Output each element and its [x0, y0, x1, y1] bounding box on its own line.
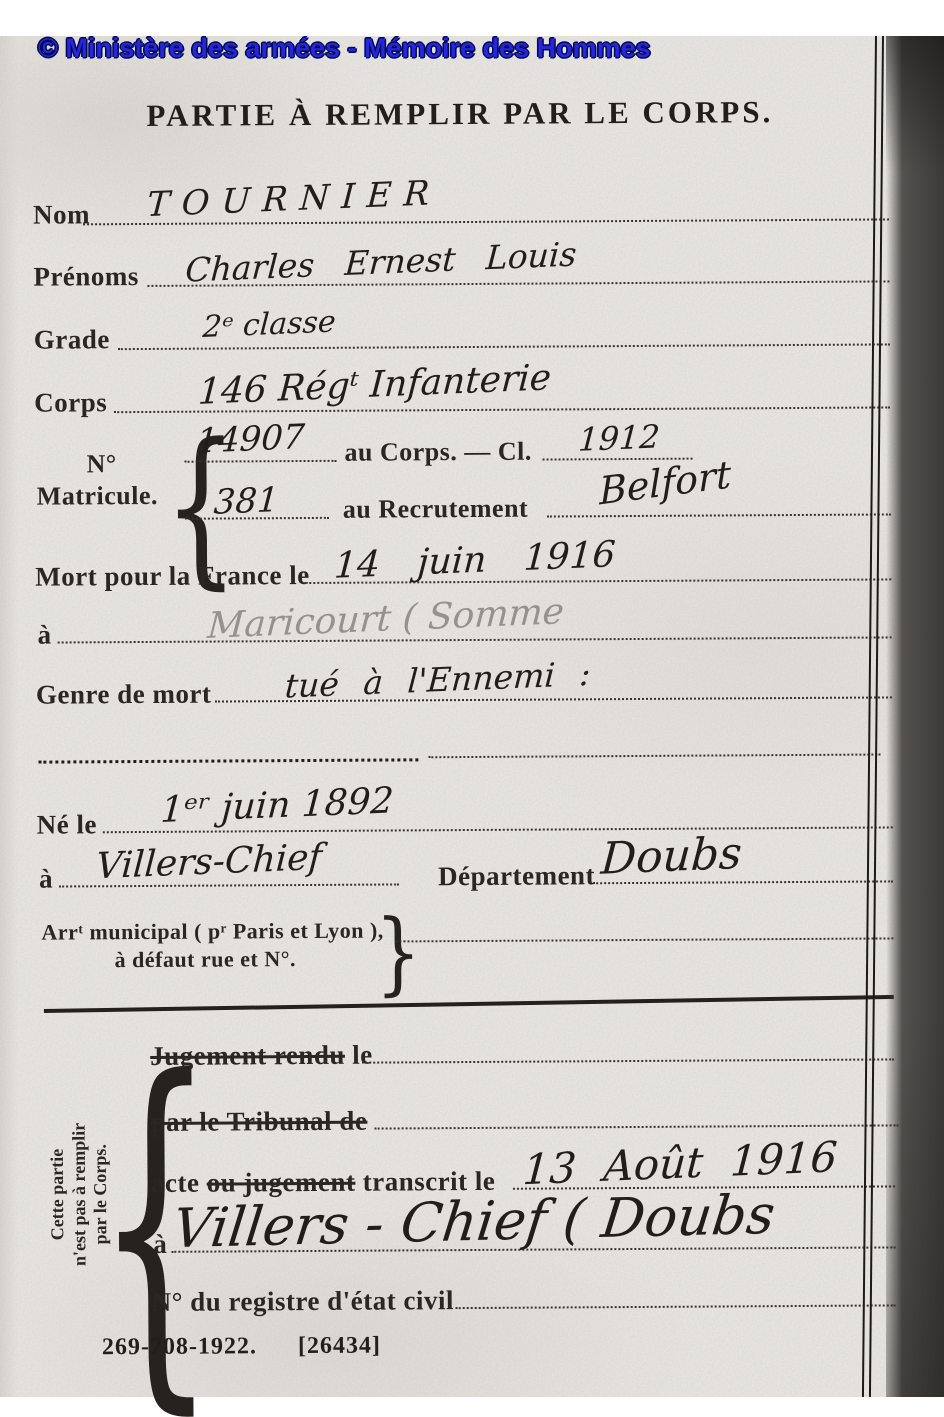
dotted-line: [456, 1304, 896, 1309]
field-label-prenoms: Prénoms: [33, 261, 139, 293]
dotted-line: [395, 937, 893, 942]
field-label-departement: Département: [438, 860, 595, 892]
label-au-recrutement: au Recrutement: [343, 494, 529, 525]
book-binding-shadow: [886, 36, 944, 1397]
dotted-line: [38, 758, 418, 763]
handwritten-nom: TOURNIER: [146, 173, 443, 225]
dotted-line: [362, 1058, 894, 1063]
side-note-line: n'est pas à remplir: [68, 1050, 91, 1338]
handwritten-lieu-recrutement: Belfort: [599, 452, 732, 513]
label-acte: acte: [151, 1168, 200, 1198]
field-label-registre-etat-civil: N° du registre d'état civil: [152, 1285, 454, 1318]
printer-imprint-code: 269-708-1922.: [102, 1333, 257, 1361]
handwritten-date-naissance: 1ᵉʳ juin 1892: [159, 780, 394, 831]
field-label-grade: Grade: [34, 324, 110, 355]
dotted-line: [547, 513, 891, 517]
label-au-corps-classe: au Corps. — Cl.: [344, 437, 532, 468]
handwritten-prenoms: Charles Ernest Louis: [184, 234, 577, 289]
field-label-arrondissement-line1: Arrᵗ municipal ( pʳ Paris et Lyon ),: [41, 918, 384, 946]
struck-text-jugement-rendu: Jugement rendu: [150, 1040, 345, 1071]
field-label-jugement: Jugement rendu le: [150, 1040, 373, 1072]
copyright-watermark: © Ministère des armées - Mémoire des Hom…: [38, 33, 651, 64]
handwritten-matricule-recrutement: 381: [213, 480, 280, 523]
side-note-line: Cette partie: [46, 1050, 69, 1338]
field-label-genre-de-mort: Genre de mort: [36, 679, 212, 711]
scanned-death-record-card: PARTIE À REMPLIR PAR LE CORPS. Nom TOURN…: [0, 0, 944, 1417]
field-label-a-deces: à: [38, 620, 52, 651]
field-label-nom: Nom: [33, 199, 90, 230]
field-label-corps: Corps: [34, 387, 107, 418]
handwritten-corps: 146 Régᵗ Infanterie: [197, 357, 552, 413]
handwritten-date-deces: 14 juin 1916: [333, 534, 617, 587]
field-label-ne-le: Né le: [37, 809, 97, 840]
archive-reference-number: [26434]: [298, 1333, 381, 1361]
struck-text-par-le-tribunal-de: par le Tribunal de: [150, 1106, 367, 1137]
handwritten-departement: Doubs: [599, 828, 743, 885]
handwritten-grade: 2ᵉ classe: [202, 304, 337, 345]
dotted-line: [428, 753, 880, 758]
form-content: PARTIE À REMPLIR PAR LE CORPS. Nom TOURN…: [0, 0, 944, 1417]
dotted-line: [375, 1124, 899, 1129]
handwritten-lieu-naissance: Villers-Chief: [95, 837, 323, 887]
form-title: PARTIE À REMPLIR PAR LE CORPS.: [146, 94, 766, 134]
field-label-mort-pour-la-france: Mort pour la France le: [35, 560, 310, 593]
field-label-a-transcription: à: [153, 1229, 167, 1260]
field-label-a-naissance: à: [39, 864, 53, 895]
field-label-numero: N°: [86, 449, 116, 479]
handwritten-matricule-corps: 14907: [195, 417, 306, 462]
field-label-tribunal: par le Tribunal de: [150, 1106, 367, 1138]
field-label-matricule: Matricule.: [37, 481, 158, 512]
dotted-line: [118, 343, 890, 350]
handwritten-classe: 1912: [577, 417, 661, 458]
field-label-arrondissement-line2: à défaut rue et N°.: [115, 946, 297, 973]
dotted-line: [58, 636, 892, 643]
label-jugement-le: le: [352, 1040, 373, 1070]
arrondissement-brace: }: [375, 908, 421, 998]
